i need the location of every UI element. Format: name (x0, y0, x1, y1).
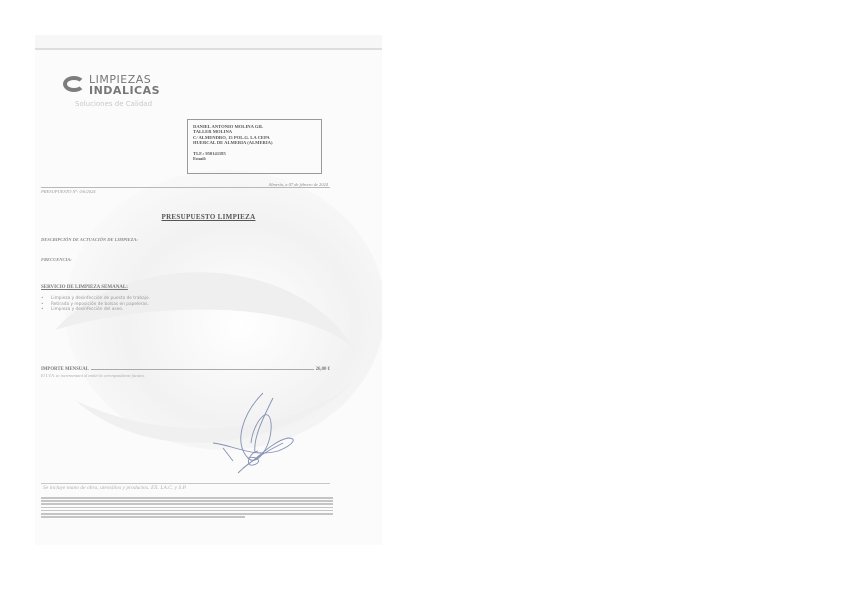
recipient-address-box: DANIEL ANTONIO MOLINA GIL TALLER MOLINA … (187, 119, 322, 174)
amount-value: 26,00 € (316, 367, 330, 372)
document-title: PRESUPUESTO LIMPIEZA (35, 213, 382, 221)
document-page: LIMPIEZAS INDALICAS Soluciones de Calida… (35, 50, 382, 545)
frequency-label: FRECUENCIA: (41, 257, 72, 262)
company-tagline: Soluciones de Calidad (75, 100, 152, 108)
signature (203, 383, 313, 483)
divider (41, 187, 330, 188)
logo-swirl-icon (63, 76, 85, 92)
service-item: Limpieza y desinfección de puesto de tra… (41, 296, 150, 302)
service-title: SERVICIO DE LIMPIEZA SEMANAL: (41, 285, 128, 290)
monthly-amount-row: IMPORTE MENSUAL 26,00 € (41, 366, 330, 372)
budget-reference: PRESUPUESTO Nº: 0/6/2024 (41, 189, 96, 194)
divider (41, 483, 330, 484)
viewer-toolbar (35, 35, 382, 50)
company-logo: LIMPIEZAS INDALICAS Soluciones de Calida… (63, 72, 163, 112)
footer-note: Se incluye mano de obra, utensilios y pr… (43, 485, 187, 491)
legal-text-block (41, 497, 333, 519)
recipient-email: Email: (193, 156, 316, 161)
service-item: Limpieza y desinfección del aseo. (41, 307, 150, 313)
description-label: DESCRIPCIÓN DE ACTUACIÓN DE LIMPIEZA: (41, 237, 138, 242)
service-list: Limpieza y desinfección de puesto de tra… (41, 296, 150, 313)
amount-label: IMPORTE MENSUAL (41, 367, 89, 372)
vat-note: El I.V.A. se incrementará al emitir la c… (41, 373, 145, 378)
company-name-line2: INDALICAS (89, 85, 160, 96)
